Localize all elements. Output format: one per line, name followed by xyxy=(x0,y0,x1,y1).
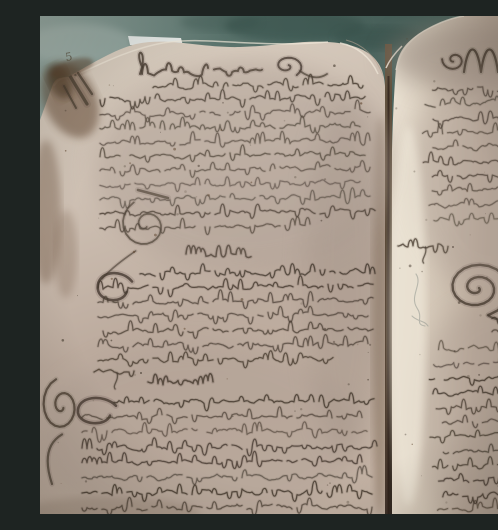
photo-vignette xyxy=(40,16,498,514)
manuscript-photo: 5 xyxy=(40,16,498,514)
scene-svg: 5 xyxy=(40,16,498,514)
